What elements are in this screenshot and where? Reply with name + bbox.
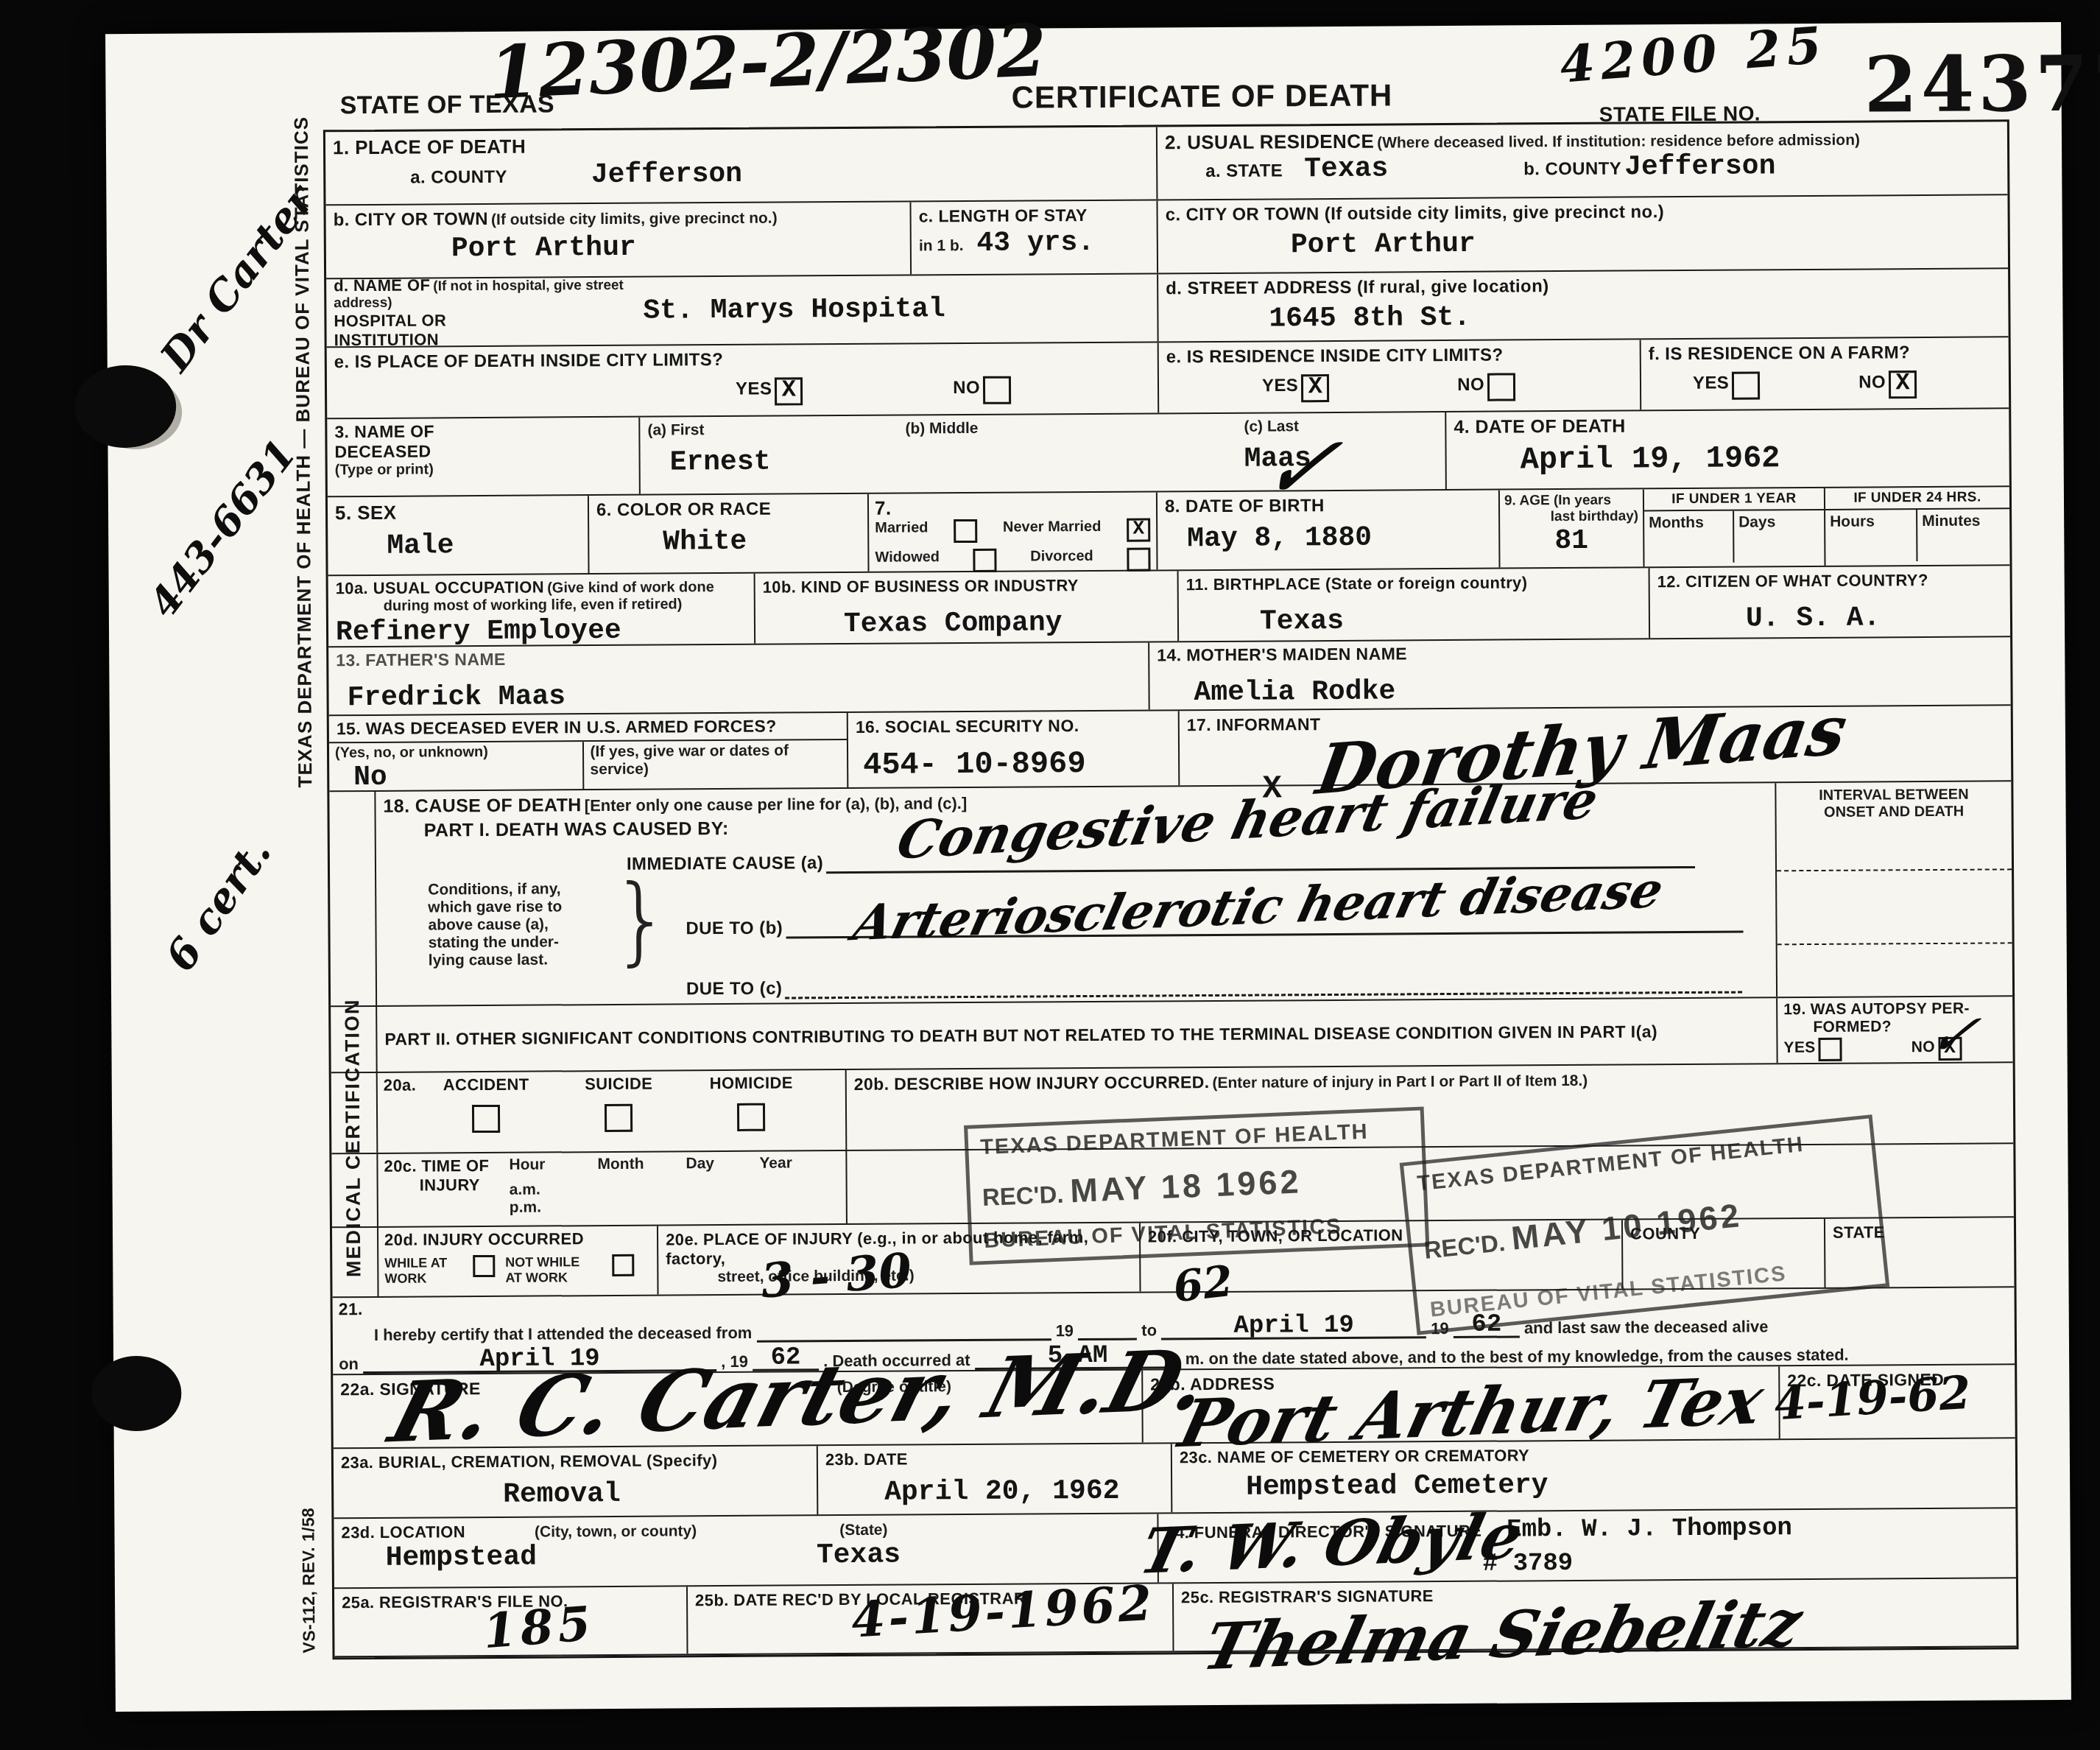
months-label: Months bbox=[1644, 511, 1734, 563]
stamp2-recd: REC'D. bbox=[1423, 1228, 1507, 1263]
stamp1-line1: TEXAS DEPARTMENT OF HEALTH bbox=[980, 1118, 1410, 1160]
field-burial-location: 23d. LOCATION (City, town, or county) (S… bbox=[334, 1514, 1159, 1587]
race-label: 6. COLOR OR RACE bbox=[596, 499, 771, 520]
mother-name-label: 14. MOTHER'S MAIDEN NAME bbox=[1157, 644, 1407, 664]
citizen-value: U. S. A. bbox=[1746, 601, 2003, 634]
first-name-label: (a) First bbox=[647, 421, 704, 438]
never-married-label: Never Married bbox=[1003, 519, 1102, 543]
usual-residence-label: 2. USUAL RESIDENCE bbox=[1165, 130, 1374, 154]
field-color-race: 6. COLOR OR RACE White bbox=[589, 494, 870, 573]
field-if-under-1-year: IF UNDER 1 YEAR Months Days bbox=[1644, 488, 1826, 567]
county-label: a. COUNTY bbox=[410, 167, 507, 188]
pod-city-limits-label: e. IS PLACE OF DEATH INSIDE CITY LIMITS? bbox=[334, 350, 724, 372]
medical-certification-strip bbox=[329, 792, 377, 1005]
residence-state-label: a. STATE bbox=[1205, 161, 1283, 181]
stamp1-recd: REC'D. bbox=[982, 1181, 1064, 1212]
married-label: Married bbox=[875, 519, 928, 543]
informant-label: 17. INFORMANT bbox=[1187, 714, 1321, 734]
armed-forces-sub2: (If yes, give war or dates of service) bbox=[584, 740, 847, 789]
interval-label: INTERVAL BETWEEN bbox=[1782, 786, 2005, 804]
field-length-of-stay: c. LENGTH OF STAY in 1 b. 43 yrs. bbox=[911, 200, 1158, 274]
field-industry: 10b. KIND OF BUSINESS OR INDUSTRY Texas … bbox=[755, 571, 1180, 644]
first-name-value: Ernest bbox=[670, 446, 891, 479]
interval-line-a bbox=[1777, 868, 2012, 871]
res-limits-no-label: NO bbox=[1457, 374, 1484, 394]
never-married-checkbox: X bbox=[1127, 518, 1150, 541]
location-state-note: (State) bbox=[839, 1522, 887, 1539]
received-stamp-may18: TEXAS DEPARTMENT OF HEALTH REC'D. MAY 18… bbox=[964, 1106, 1429, 1265]
dob-value: May 8, 1880 bbox=[1187, 521, 1491, 555]
location-note: (City, town, or county) bbox=[535, 1522, 697, 1540]
certify-number: 21. bbox=[339, 1299, 363, 1318]
industry-value: Texas Company bbox=[844, 606, 1170, 640]
occupation-note: (Give kind of work done bbox=[547, 579, 714, 596]
occupation-value: Refinery Employee bbox=[336, 614, 747, 648]
deceased-label2: DECEASED bbox=[334, 440, 631, 462]
date-signed-handwriting: 4-19-62 bbox=[1773, 1366, 1973, 1430]
medical-certification-label: MEDICAL CERTIFICATION bbox=[341, 999, 365, 1278]
residence-state-value: Texas bbox=[1304, 152, 1388, 185]
side-label-form-code: VS-112, REV. 1/58 bbox=[298, 1508, 319, 1654]
am-label: a.m. bbox=[510, 1181, 598, 1199]
homicide-checkbox bbox=[737, 1103, 765, 1131]
field-occupation: 10a. USUAL OCCUPATION (Give kind of work… bbox=[328, 574, 756, 647]
month-label: Month bbox=[597, 1155, 686, 1216]
widowed-checkbox bbox=[973, 549, 997, 572]
street-address-value: 1645 8th St. bbox=[1269, 298, 2001, 334]
deceased-label: 3. NAME OF bbox=[334, 421, 631, 442]
burial-date-value: April 20, 1962 bbox=[884, 1475, 1163, 1508]
res-limits-yes-label: YES bbox=[1262, 376, 1298, 396]
father-name-value: Fredrick Maas bbox=[347, 678, 1141, 714]
field-pod-city-limits: e. IS PLACE OF DEATH INSIDE CITY LIMITS?… bbox=[327, 342, 1160, 418]
field-part2: PART II. OTHER SIGNIFICANT CONDITIONS CO… bbox=[377, 998, 1778, 1072]
accident-checkbox bbox=[472, 1105, 500, 1133]
homicide-label: HOMICIDE bbox=[681, 1073, 821, 1093]
state-file-stamp-number: 24377 bbox=[1864, 38, 2100, 130]
registrar-file-handwriting: 185 bbox=[482, 1596, 597, 1659]
time-of-injury-label2: INJURY bbox=[420, 1176, 510, 1195]
while-at-work-label: WHILE AT bbox=[384, 1255, 447, 1271]
married-checkbox bbox=[954, 519, 977, 543]
field-armed-forces: 15. WAS DECEASED EVER IN U.S. ARMED FORC… bbox=[329, 713, 849, 790]
marital-label: 7. bbox=[875, 497, 892, 519]
ssn-label: 16. SOCIAL SECURITY NO. bbox=[856, 716, 1079, 737]
res-limits-yes-checkbox: X bbox=[1301, 374, 1329, 402]
ssn-value: 454- 10-8969 bbox=[863, 745, 1171, 783]
res-limits-no-checkbox bbox=[1487, 373, 1515, 401]
certify-from-handwriting: 3 - 30 bbox=[759, 1243, 914, 1309]
interval-label2: ONSET AND DEATH bbox=[1782, 803, 2005, 821]
year-label: Year bbox=[759, 1154, 825, 1215]
days-label: Days bbox=[1734, 510, 1824, 563]
age-label: 9. AGE (In years bbox=[1504, 492, 1638, 509]
field-sex: 5. SEX Male bbox=[328, 496, 590, 574]
farm-no-checkbox: X bbox=[1889, 370, 1917, 398]
hour-label: Hour bbox=[509, 1156, 597, 1174]
embalmer-number: # 3789 bbox=[1483, 1547, 2009, 1578]
location-state-value: Texas bbox=[817, 1539, 901, 1572]
widowed-label: Widowed bbox=[875, 549, 940, 573]
field-marital-status: 7. Married Never MarriedX Widowed Divorc… bbox=[869, 492, 1158, 571]
day-label: Day bbox=[686, 1155, 759, 1216]
pod-city-value: Port Arthur bbox=[451, 231, 903, 265]
armed-forces-value: No bbox=[353, 760, 577, 793]
pod-limits-yes-checkbox: X bbox=[775, 377, 803, 405]
burial-date-label: 23b. DATE bbox=[825, 1450, 908, 1469]
pm-label: p.m. bbox=[510, 1198, 598, 1217]
punch-hole-top bbox=[74, 365, 177, 449]
occupation-label: 10a. USUAL OCCUPATION bbox=[336, 578, 545, 598]
age-value: 81 bbox=[1504, 524, 1638, 557]
field-father-name: 13. FATHER'S NAME Fredrick Maas bbox=[328, 642, 1150, 714]
farm-yes-label: YES bbox=[1693, 373, 1729, 393]
field-date-of-death: 4. DATE OF DEATH April 19, 1962 bbox=[1446, 409, 2009, 489]
field-birthplace: 11. BIRTHPLACE (State or foreign country… bbox=[1179, 568, 1651, 641]
while-at-work-checkbox bbox=[473, 1255, 495, 1277]
interval-line-b bbox=[1777, 942, 2012, 945]
pod-city-label: b. CITY OR TOWN bbox=[334, 209, 489, 230]
injury-occurred-label: 20d. INJURY OCCURRED bbox=[384, 1229, 651, 1250]
location-value: Hempstead bbox=[386, 1542, 537, 1574]
place-of-death-county-value: Jefferson bbox=[591, 158, 742, 191]
field-if-under-24-hrs: IF UNDER 24 HRS. Hours Minutes bbox=[1825, 487, 2010, 566]
field-res-city: c. CITY OR TOWN (If outside city limits,… bbox=[1158, 195, 2008, 273]
pod-limits-yes-label: YES bbox=[736, 379, 772, 398]
field-middle-name: (b) Middle bbox=[898, 414, 1237, 493]
part2-label: PART II. OTHER SIGNIFICANT CONDITIONS CO… bbox=[384, 1022, 1657, 1050]
field-interval: INTERVAL BETWEEN ONSET AND DEATH bbox=[1776, 781, 2012, 997]
field-name-of-deceased: 3. NAME OF DECEASED (Type or print) bbox=[327, 418, 641, 496]
field-pod-city: b. CITY OR TOWN (If outside city limits,… bbox=[325, 202, 912, 278]
stamp1-line3: BUREAU OF VITAL STATISTICS bbox=[984, 1212, 1414, 1254]
residence-county-value: Jefferson bbox=[1624, 150, 1775, 183]
field-mother-name: 14. MOTHER'S MAIDEN NAME Amelia Rodke bbox=[1149, 637, 2011, 709]
divorced-checkbox bbox=[1127, 547, 1150, 571]
field-20c: 20c. TIME OF INJURY Hour a.m. p.m. Month… bbox=[378, 1151, 848, 1226]
margin-note-cert-count: 6 cert. bbox=[156, 829, 281, 980]
field-ssn: 16. SOCIAL SECURITY NO. 454- 10-8969 bbox=[848, 711, 1180, 787]
occupation-note2: during most of working life, even if ret… bbox=[384, 596, 747, 615]
hospital-value: St. Marys Hospital bbox=[643, 293, 945, 327]
side-label-department: TEXAS DEPARTMENT OF HEALTH — BUREAU OF V… bbox=[290, 116, 317, 788]
handwritten-file-number: 4200 25 bbox=[1558, 15, 1830, 94]
res-farm-label: f. IS RESIDENCE ON A FARM? bbox=[1649, 342, 1910, 364]
middle-name-label: (b) Middle bbox=[905, 420, 978, 437]
stamp2-recd-line: REC'D. MAY 10 1962 bbox=[1422, 1183, 1867, 1266]
length-of-stay-label: c. LENGTH OF STAY bbox=[919, 205, 1088, 225]
field-first-name: (a) First Ernest bbox=[640, 416, 898, 494]
autopsy-yes-label: YES bbox=[1783, 1039, 1815, 1056]
field-burial-date: 23b. DATE April 20, 1962 bbox=[818, 1444, 1173, 1514]
citizen-label: 12. CITIZEN OF WHAT COUNTRY? bbox=[1657, 571, 1928, 591]
field-age: 9. AGE (In years last birthday) 81 bbox=[1500, 489, 1645, 567]
certificate-title: CERTIFICATE OF DEATH bbox=[1011, 77, 1392, 115]
res-city-label: c. CITY OR TOWN (If outside city limits,… bbox=[1166, 202, 1665, 225]
handwritten-register-number: 12302-2/2302 bbox=[487, 8, 1048, 116]
usual-residence-note: (Where deceased lived. If institution: r… bbox=[1377, 132, 1860, 152]
certificate-paper: Dr Carter 443-6631 6 cert. TEXAS DEPARTM… bbox=[105, 22, 2071, 1712]
suicide-checkbox bbox=[605, 1104, 633, 1132]
not-while-at-work-label: NOT WHILE bbox=[505, 1254, 579, 1270]
res-city-value: Port Arthur bbox=[1291, 225, 2001, 261]
hospital-label: d. NAME OF bbox=[334, 275, 430, 295]
stamp1-recd-line: REC'D. MAY 18 1962 bbox=[982, 1158, 1412, 1214]
under-1-year-label: IF UNDER 1 YEAR bbox=[1644, 488, 1824, 511]
mother-name-value: Amelia Rodke bbox=[1194, 672, 2003, 709]
certify-from-year-handwriting: 62 bbox=[1171, 1256, 1236, 1312]
due-to-b-label: DUE TO (b) bbox=[686, 918, 783, 939]
under-24-hrs-label: IF UNDER 24 HRS. bbox=[1825, 487, 2009, 510]
pod-city-note: (If outside city limits, give precinct n… bbox=[491, 210, 778, 228]
punch-hole-bottom bbox=[91, 1356, 182, 1432]
date-of-death-value: April 19, 1962 bbox=[1520, 439, 2001, 477]
race-value: White bbox=[663, 525, 860, 558]
field-hospital: d. NAME OF (If not in hospital, give str… bbox=[326, 274, 1159, 346]
location-label: 23d. LOCATION bbox=[341, 1522, 465, 1542]
length-of-stay-sublabel: in 1 b. bbox=[919, 237, 964, 254]
time-of-injury-label: 20c. TIME OF bbox=[384, 1156, 509, 1176]
sex-value: Male bbox=[387, 529, 580, 562]
date-of-death-label: 4. DATE OF DEATH bbox=[1454, 416, 1625, 437]
margin-note-phone: 443-6631 bbox=[139, 431, 305, 626]
place-of-death-label: 1. PLACE OF DEATH bbox=[333, 136, 526, 159]
not-while-at-work-checkbox bbox=[612, 1254, 634, 1276]
field-usual-residence: 2. USUAL RESIDENCE (Where deceased lived… bbox=[1158, 122, 2008, 199]
pod-limits-no-label: NO bbox=[953, 378, 980, 398]
armed-forces-label: 15. WAS DECEASED EVER IN U.S. ARMED FORC… bbox=[329, 713, 847, 743]
label-20a: 20a. bbox=[384, 1076, 417, 1134]
conditions-brace: } bbox=[610, 863, 672, 976]
pod-limits-no-checkbox bbox=[983, 376, 1011, 404]
minutes-label: Minutes bbox=[1917, 509, 2009, 561]
hours-label: Hours bbox=[1825, 510, 1917, 562]
field-20a: 20a. ACCIDENT SUICIDE HOMICIDE bbox=[378, 1070, 848, 1153]
deceased-note: (Type or print) bbox=[335, 460, 632, 479]
res-city-limits-label: e. IS RESIDENCE INSIDE CITY LIMITS? bbox=[1166, 345, 1504, 368]
describe-injury-label: 20b. DESCRIBE HOW INJURY OCCURRED. bbox=[854, 1072, 1210, 1094]
certify-on-label: on bbox=[339, 1354, 359, 1373]
certify-from-blank bbox=[756, 1316, 1051, 1342]
sex-label: 5. SEX bbox=[335, 502, 397, 524]
certify-to-value: April 19 bbox=[1233, 1312, 1353, 1340]
field-res-city-limits: e. IS RESIDENCE INSIDE CITY LIMITS? YES … bbox=[1159, 340, 1642, 412]
burial-value: Removal bbox=[503, 1477, 809, 1511]
divorced-label: Divorced bbox=[1030, 548, 1093, 572]
hospital-label2: HOSPITAL OR bbox=[334, 309, 643, 331]
field-citizen: 12. CITIZEN OF WHAT COUNTRY? U. S. A. bbox=[1650, 566, 2011, 638]
cemetery-value: Hempstead Cemetery bbox=[1246, 1466, 2008, 1503]
field-20d: 20d. INJURY OCCURRED WHILE AT WORK NOT W… bbox=[378, 1226, 659, 1296]
armed-forces-sub1: (Yes, no, or unknown) bbox=[335, 744, 488, 761]
street-address-label: d. STREET ADDRESS (If rural, give locati… bbox=[1166, 276, 1549, 298]
cause-of-death-label: 18. CAUSE OF DEATH bbox=[383, 795, 581, 817]
farm-yes-checkbox bbox=[1732, 371, 1760, 399]
due-to-c-label: DUE TO (c) bbox=[686, 979, 782, 999]
embalmer-value: Emb. W. J. Thompson bbox=[1507, 1514, 1792, 1544]
due-to-c-line bbox=[785, 969, 1742, 999]
field-res-farm: f. IS RESIDENCE ON A FARM? YES NO X bbox=[1641, 337, 2009, 410]
stamp2-date: MAY 10 1962 bbox=[1509, 1196, 1744, 1257]
conditions-note: Conditions, if any, which gave rise to a… bbox=[428, 880, 598, 969]
age-label2: last birthday) bbox=[1504, 508, 1638, 525]
length-of-stay-value: 43 yrs. bbox=[976, 227, 1094, 259]
farm-no-label: NO bbox=[1858, 372, 1886, 392]
describe-injury-note: (Enter nature of injury in Part I or Par… bbox=[1212, 1072, 1588, 1092]
industry-label: 10b. KIND OF BUSINESS OR INDUSTRY bbox=[763, 576, 1079, 597]
stamp1-date: MAY 18 1962 bbox=[1069, 1162, 1302, 1209]
field-street-address: d. STREET ADDRESS (If rural, give locati… bbox=[1158, 269, 2009, 341]
autopsy-yes-checkbox bbox=[1819, 1038, 1842, 1061]
field-place-of-death: 1. PLACE OF DEATH a. COUNTY Jefferson bbox=[325, 127, 1158, 204]
birthplace-label: 11. BIRTHPLACE (State or foreign country… bbox=[1186, 573, 1528, 594]
suicide-label: SUICIDE bbox=[556, 1074, 681, 1094]
accident-label: ACCIDENT bbox=[416, 1075, 556, 1094]
certify-prefix: I hereby certify that I attended the dec… bbox=[374, 1324, 753, 1344]
residence-county-label: b. COUNTY bbox=[1523, 159, 1621, 180]
birthplace-value: Texas bbox=[1260, 603, 1641, 637]
father-name-label: 13. FATHER'S NAME bbox=[336, 650, 506, 670]
